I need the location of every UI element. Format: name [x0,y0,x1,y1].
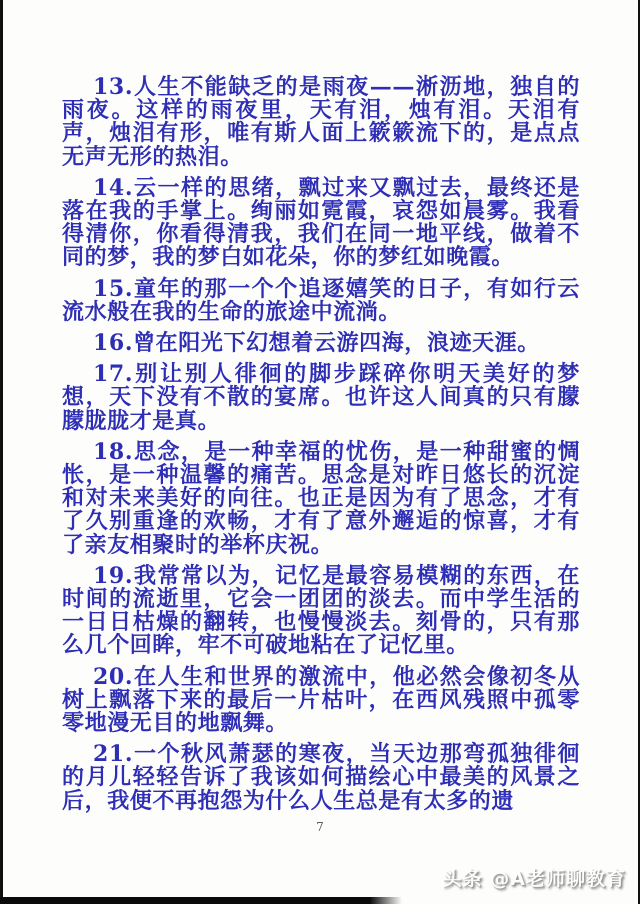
paragraph-15: 15.童年的那一个个追逐嬉笑的日子，有如行云流水般在我的生命的旅途中流淌。 [62,278,580,324]
paragraph-17: 17.别让别人徘徊的脚步踩碎你明天美好的梦想，天下没有不散的宴席。也许这人间真的… [62,363,580,433]
scanned-document-page: 13.人生不能缺乏的是雨夜——淅沥地，独自的雨夜。这样的雨夜里，天有泪，烛有泪。… [0,0,640,904]
scan-artifact [7,5,15,12]
scan-edge-left [0,0,3,904]
paragraph-20: 20.在人生和世界的激流中，他必然会像初冬从树上飘落下来的最后一片枯叶，在西风残… [62,666,580,736]
paragraph-18: 18.思念，是一种幸福的忧伤，是一种甜蜜的惆怅，是一种温馨的痛苦。思念是对昨日悠… [62,441,580,557]
toutiao-watermark: 头条 @A老师聊教育 [443,864,626,891]
scan-edge-bottom [0,897,402,904]
paragraph-16: 16.曾在阳光下幻想着云游四海，浪迹天涯。 [62,332,580,355]
paragraph-13: 13.人生不能缺乏的是雨夜——淅沥地，独自的雨夜。这样的雨夜里，天有泪，烛有泪。… [62,76,580,169]
paragraph-14: 14.云一样的思绪，飘过来又飘过去，最终还是落在我的手掌上。绚丽如霓霞，哀怨如晨… [62,177,580,270]
paragraph-21: 21.一个秋风萧瑟的寒夜，当天边那弯孤独徘徊的月儿轻轻告诉了我该如何描绘心中最美… [62,743,580,813]
document-body: 13.人生不能缺乏的是雨夜——淅沥地，独自的雨夜。这样的雨夜里，天有泪，烛有泪。… [62,76,580,821]
paragraph-19: 19.我常常以为，记忆是最容易模糊的东西，在时间的流逝里，它会一团团的淡去。而中… [62,565,580,658]
page-number: 7 [308,820,332,834]
